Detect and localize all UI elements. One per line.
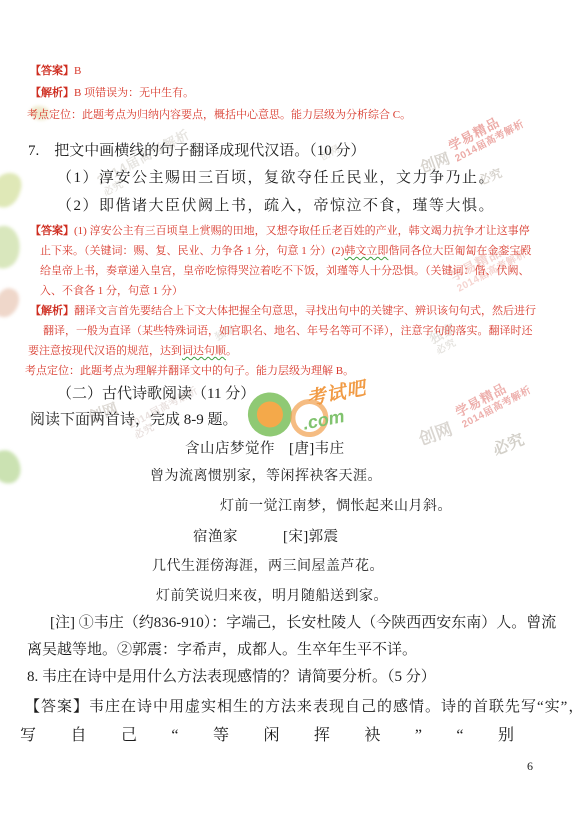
poem2-line2: 灯前笑说归来夜，明月随船送到家。 [156, 582, 580, 610]
answer-label: 【答案】 [30, 65, 74, 77]
q7-answer-text: (1) 淳安公主有三百顷皇上赏赐的田地，又想夺取任丘老百姓的产业，韩文竭力抗争才… [74, 225, 530, 237]
q7-kaodian-line: 考点定位：此题考点为理解并翻译文中的句子。能力层级为理解 B。 [25, 361, 580, 381]
document-content: 【答案】B 【解析】B 项错误为：无中生有。 考点定位：此题考点为归纳内容要点，… [0, 0, 580, 776]
poem2-line1: 几代生涯傍海涯，两三间屋盖芦花。 [152, 552, 580, 582]
note-line2: 离吴越等地。②郭震：字希声，成都人。生卒年生平不详。 [27, 637, 580, 664]
q7-answer-line4: 入、不食各 1 分，句意 1 分） [40, 281, 580, 301]
prev-kaodian-line: 考点定位：此题考点为归纳内容要点，概括中心意思。能力层级为分析综合 C。 [27, 104, 580, 126]
q7-answer-text-spellcheck: 韩文立即 [344, 245, 388, 257]
page-number: 6 [527, 756, 580, 776]
q7-analysis-line3: 要注意按现代汉语的规范，达到词达句顺。 [28, 341, 580, 361]
note-line1: [注] ①韦庄（约836-910）：字端己，长安杜陵人（今陕西西安东南）人。曾流 [50, 610, 580, 637]
q8-answer-line2-justified: 写自己“等闲挥袂”“别 [20, 722, 514, 750]
q7-answer-text: 止下来。（关键词：赐、复、民业、力争各 1 分，句意 1 分）(2) [40, 245, 344, 257]
q7-analysis-text: 翻译文言首先要结合上下文大体把握全句意思，寻找出句中的关键字、辨识该句句式，然后… [74, 305, 536, 317]
poem2-title: 宿渔家 [193, 529, 238, 545]
q7-analysis-text-spellcheck: 词达句顺 [182, 345, 226, 357]
poem1-title-line: 含山店梦觉作[唐]韦庄 [185, 434, 580, 462]
q7-item2: （2）即偕诸大臣伏阙上书，疏入，帝惊泣不食，瑾等大惧。 [57, 193, 580, 221]
q8-answer-line1: 【答案】韦庄在诗中用虚实相生的方法来表现自己的感情。诗的首联先写“实”， [25, 694, 580, 722]
prev-answer-line: 【答案】B [30, 60, 580, 82]
answer-label: 【答案】 [25, 699, 89, 715]
analysis-label: 【解析】 [30, 305, 74, 317]
q7-answer-line3: 给皇帝上书，奏章递入皇宫，皇帝吃惊得哭泣着吃不下饭，刘瑾等人十分恐惧。（关键词：… [40, 261, 580, 281]
q7-answer-text: 偕同各位大臣匍匐在金銮宝殿 [388, 245, 531, 257]
q8-title: 8. 韦庄在诗中是用什么方法表现感情的？请简要分析。（5 分） [27, 664, 580, 694]
poem2-author: [宋]郭震 [283, 529, 339, 545]
q7-analysis-text: 。 [226, 345, 237, 357]
q7-answer-line2: 止下来。（关键词：赐、复、民业、力争各 1 分，句意 1 分）(2)韩文立即偕同… [40, 241, 580, 261]
poem1-line1: 曾为流离惯别家，等闲挥袂客天涯。 [150, 462, 580, 492]
poem1-line2: 灯前一觉江南梦，惆怅起来山月斜。 [220, 492, 580, 522]
poem2-title-line: 宿渔家[宋]郭震 [193, 522, 580, 552]
q7-analysis-line1: 【解析】翻译文言首先要结合上下文大体把握全句意思，寻找出句中的关键字、辨识该句句… [30, 301, 580, 321]
q7-analysis-line2: 翻译，一般为直译（某些特殊词语，如官职名、地名、年号名等可不译），注意字句的落实… [43, 321, 580, 341]
analysis-text: B 项错误为：无中生有。 [74, 87, 194, 99]
poem1-author: [唐]韦庄 [289, 441, 345, 457]
q8-answer-text: 韦庄在诗中用虚实相生的方法来表现自己的感情。诗的首联先写“实”， [89, 699, 580, 715]
document-page: 考试吧 .com 学易精品 2014届高考解析 创网 必究 2014届高考解析 … [0, 0, 580, 820]
q7-item1: （1）淳安公主赐田三百顷，复欲夺任丘民业，文力争乃止。 [57, 165, 580, 193]
q7-analysis-text: 要注意按现代汉语的规范，达到 [28, 345, 182, 357]
q7-answer-line1: 【答案】(1) 淳安公主有三百顷皇上赏赐的田地，又想夺取任丘老百姓的产业，韩文竭… [30, 221, 580, 241]
prev-analysis-line: 【解析】B 项错误为：无中生有。 [30, 82, 580, 104]
section-heading: （二）古代诗歌阅读（11 分） [57, 381, 580, 407]
q7-title: 7. 把文中画横线的句子翻译成现代汉语。（10 分） [28, 138, 580, 165]
answer-label: 【答案】 [30, 225, 74, 237]
analysis-label: 【解析】 [30, 87, 74, 99]
section-intro: 阅读下面两首诗，完成 8-9 题。 [30, 407, 580, 434]
poem1-title: 含山店梦觉作 [185, 441, 275, 457]
answer-text: B [74, 65, 81, 77]
